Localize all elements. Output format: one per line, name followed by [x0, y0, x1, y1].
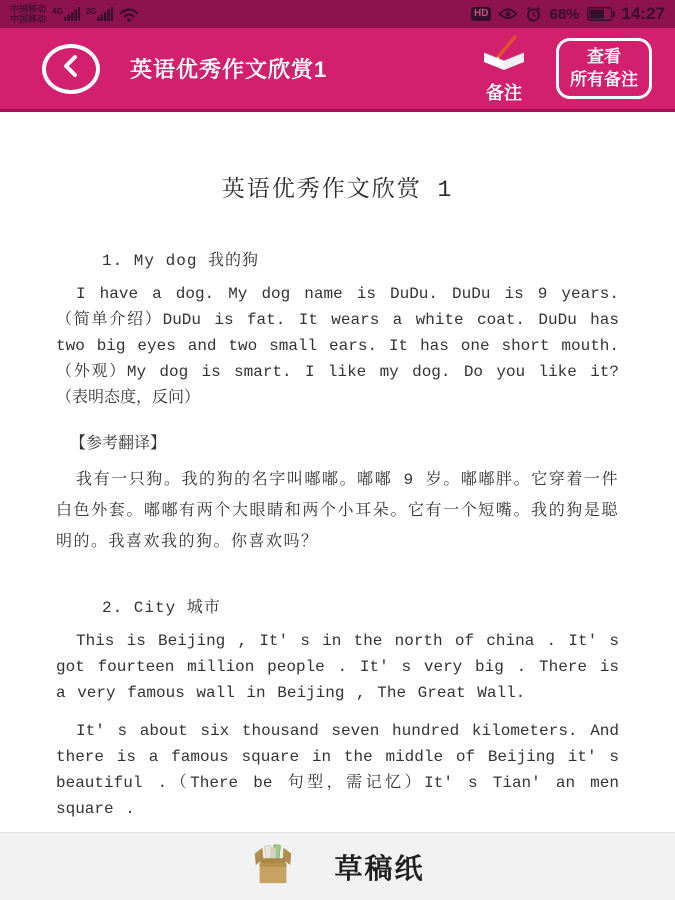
signal-sim1: 4G: [52, 7, 80, 21]
back-button[interactable]: [42, 44, 100, 94]
cardboard-box-icon: [250, 841, 296, 892]
carrier-sim2: 中国移动: [10, 14, 46, 24]
back-chevron-icon: [58, 53, 84, 84]
hd-icon: HD: [471, 7, 491, 21]
signal-bars-icon: [97, 7, 113, 21]
signal-sim2: 2G: [86, 7, 114, 21]
translation-paragraph: 我有一只狗。我的狗的名字叫嘟嘟。嘟嘟 9 岁。嘟嘟胖。它穿着一件白色外套。嘟嘟有…: [56, 465, 619, 559]
alarm-icon: [525, 6, 542, 22]
section-heading: 1. My dog 我的狗: [56, 247, 619, 270]
paragraph: I have a dog. My dog name is DuDu. DuDu …: [56, 282, 619, 412]
signal-bars-icon: [64, 7, 80, 21]
note-button-label: 备注: [486, 79, 522, 105]
document-title: 英语优秀作文欣赏 1: [56, 170, 619, 203]
section-heading: 2. City 城市: [56, 594, 619, 617]
status-bar: 中国移动 中国移动 4G 2G HD: [0, 0, 675, 28]
draft-paper-button[interactable]: 草稿纸: [0, 832, 675, 900]
add-note-button[interactable]: 备注: [478, 33, 530, 105]
network-type-sim1: 4G: [52, 7, 63, 16]
document-view[interactable]: 英语优秀作文欣赏 1 1. My dog 我的狗 I have a dog. M…: [0, 112, 675, 832]
wifi-icon: [119, 7, 139, 22]
view-all-line1: 查看: [587, 47, 621, 66]
page-title: 英语优秀作文欣赏1: [130, 53, 327, 84]
paragraph: It' s about six thousand seven hundred k…: [56, 719, 619, 823]
paragraph: This is Beijing , It' s in the north of …: [56, 629, 619, 707]
status-right: HD 68% 14:27: [471, 4, 665, 24]
book-pencil-icon: [478, 33, 530, 78]
view-all-notes-button[interactable]: 查看 所有备注: [556, 38, 652, 100]
draft-paper-label: 草稿纸: [334, 847, 424, 887]
clock-time: 14:27: [622, 4, 665, 24]
battery-icon: [587, 7, 615, 21]
view-all-line2: 所有备注: [570, 70, 638, 89]
battery-percent: 68%: [549, 6, 579, 23]
app-screen: 中国移动 中国移动 4G 2G HD: [0, 0, 675, 900]
carrier-sim1: 中国移动: [10, 4, 46, 14]
network-type-sim2: 2G: [86, 7, 97, 16]
status-left: 中国移动 中国移动 4G 2G: [10, 4, 139, 25]
carrier-names: 中国移动 中国移动: [10, 4, 46, 25]
eye-comfort-icon: [498, 7, 518, 21]
translation-label: 【参考翻译】: [56, 430, 619, 453]
app-header: 英语优秀作文欣赏1 备注 查看 所有备注: [0, 28, 675, 112]
